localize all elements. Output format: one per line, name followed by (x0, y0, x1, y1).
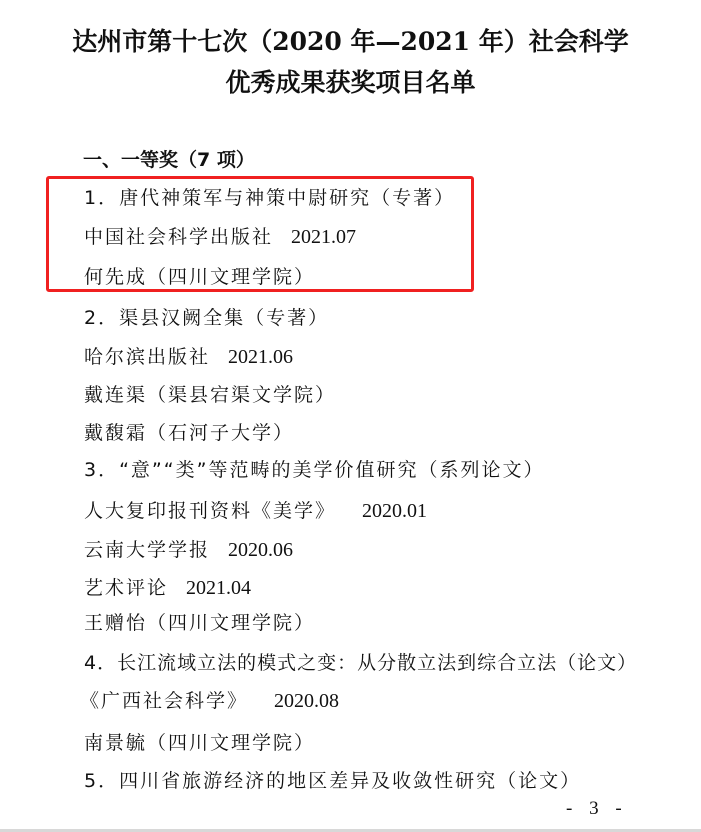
entry-3-publication-2: 云南大学学报2020.06 (84, 535, 293, 562)
entry-5-title: 5．四川省旅游经济的地区差异及收敛性研究（论文） (84, 766, 581, 793)
publication-date: 2020.01 (362, 500, 427, 522)
publication-name: 《广西社会科学》 (80, 690, 248, 712)
section-heading-first-prize: 一、一等奖（7 项） (83, 145, 255, 172)
entry-2-publication: 哈尔滨出版社2021.06 (84, 342, 293, 369)
entry-1-title: 1．唐代神策军与神策中尉研究（专著） (84, 183, 455, 210)
document-title-line-1: 达州市第十七次（2020 年—2021 年）社会科学 (0, 22, 701, 58)
entry-2-title: 2．渠县汉阙全集（专著） (84, 303, 329, 330)
document-title-line-2: 优秀成果获奖项目名单 (0, 63, 701, 99)
entry-4-title: 4．长江流域立法的模式之变：从分散立法到综合立法（论文） (84, 648, 637, 675)
publication-date: 2021.04 (186, 577, 251, 599)
publication-date: 2021.07 (291, 226, 356, 248)
publication-name: 中国社会科学出版社 (84, 226, 273, 248)
entry-4-publication: 《广西社会科学》2020.08 (80, 686, 339, 713)
entry-1-publication: 中国社会科学出版社2021.07 (84, 222, 356, 249)
publication-name: 哈尔滨出版社 (84, 346, 210, 368)
entry-3-publication-3: 艺术评论2021.04 (84, 573, 251, 600)
entry-3-publication-1: 人大复印报刊资料《美学》2020.01 (84, 496, 427, 523)
entry-2-author-2: 戴馥霜（石河子大学） (84, 418, 294, 445)
entry-3-title: 3．“意”“类”等范畴的美学价值研究（系列论文） (84, 455, 544, 482)
entry-3-author: 王赠怡（四川文理学院） (84, 608, 315, 635)
publication-name: 云南大学学报 (84, 539, 210, 561)
page-number: - 3 - (566, 798, 628, 820)
publication-date: 2021.06 (228, 346, 293, 368)
publication-name: 艺术评论 (84, 577, 168, 599)
publication-name: 人大复印报刊资料《美学》 (84, 500, 336, 522)
document-page: 达州市第十七次（2020 年—2021 年）社会科学 优秀成果获奖项目名单 一、… (0, 0, 701, 829)
publication-date: 2020.08 (274, 690, 339, 712)
entry-2-author-1: 戴连渠（渠县宕渠文学院） (84, 380, 336, 407)
entry-4-author: 南景毓（四川文理学院） (84, 728, 315, 755)
publication-date: 2020.06 (228, 539, 293, 561)
entry-1-author: 何先成（四川文理学院） (84, 262, 315, 289)
